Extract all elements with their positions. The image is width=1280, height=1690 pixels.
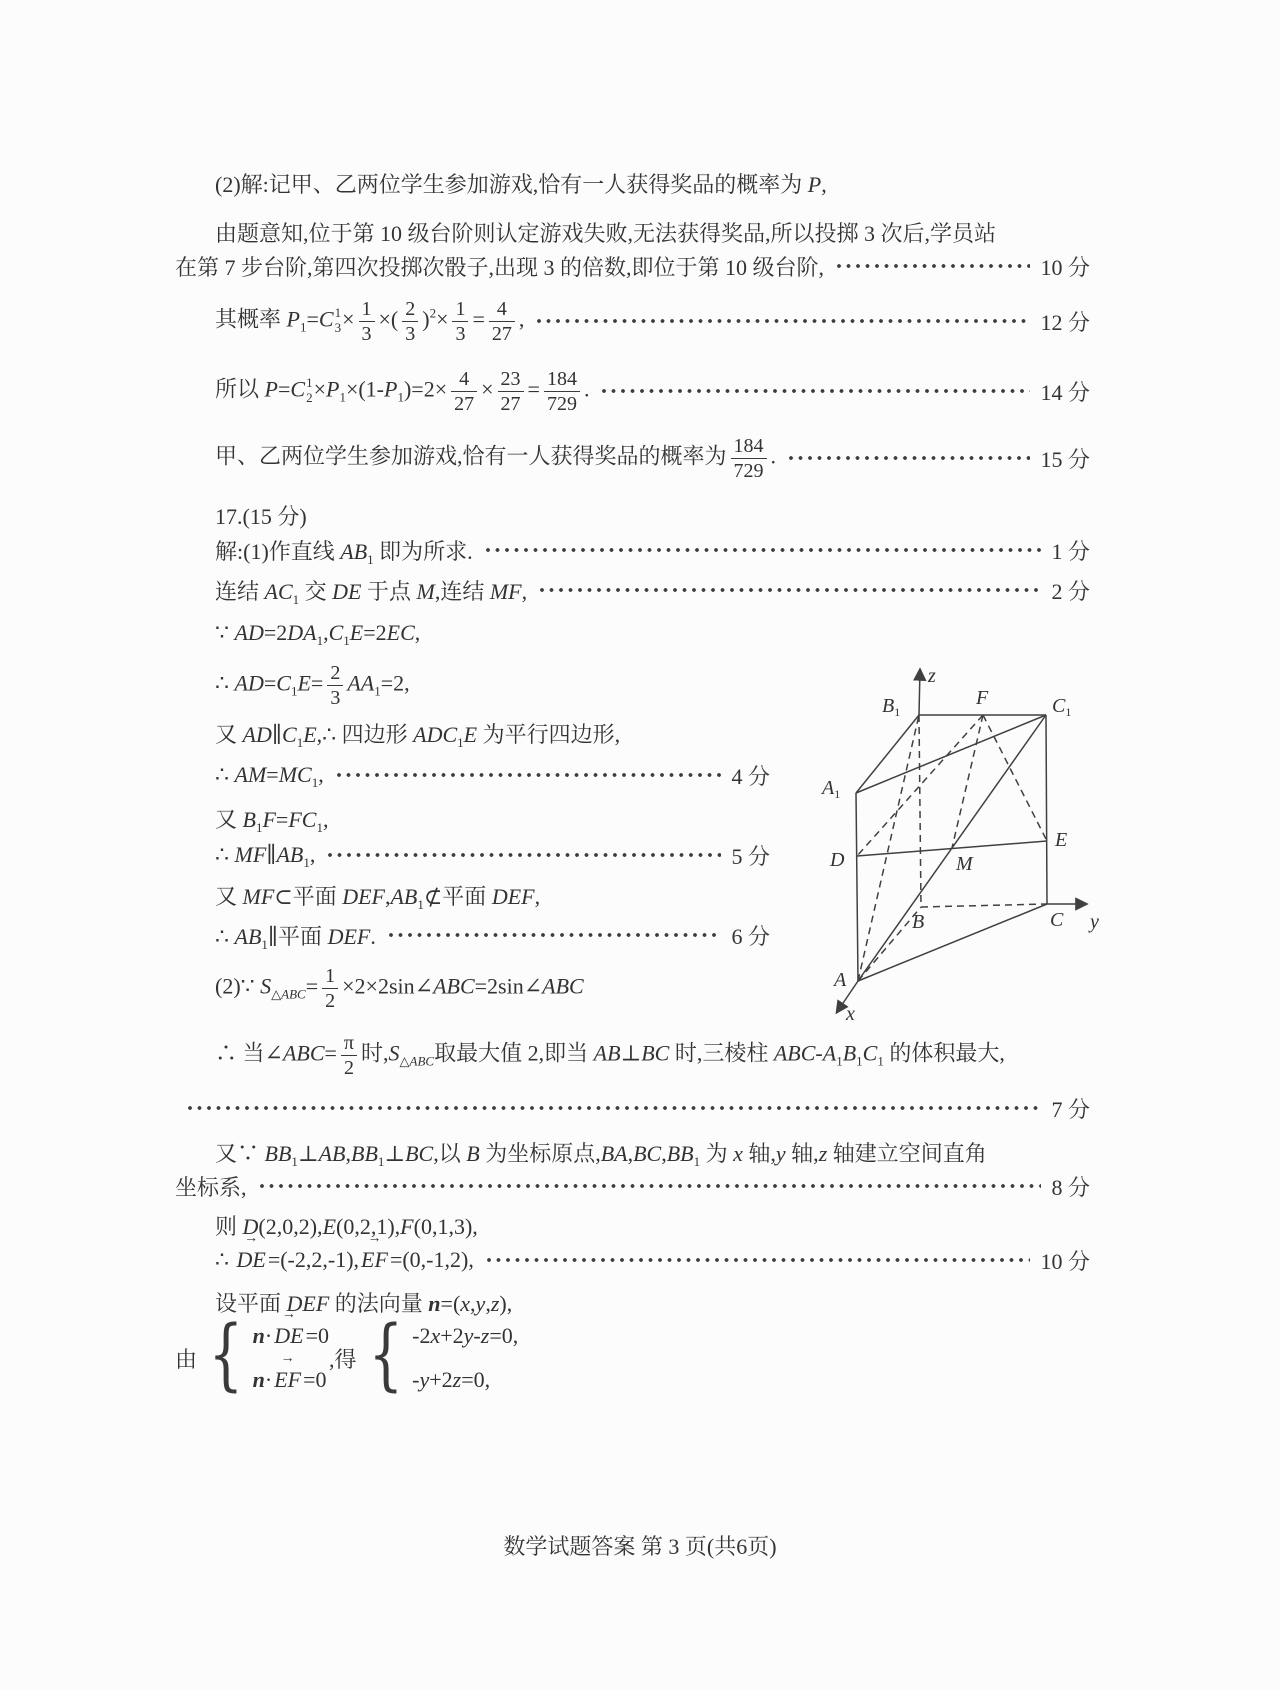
fraction: 13: [359, 297, 375, 346]
dotted-leader: [259, 1183, 1042, 1189]
score-label: 10 分: [1040, 1245, 1090, 1276]
line-text: ∴ AB1∥平面 DEF.: [215, 920, 376, 951]
axis-zTip: [919, 670, 920, 715]
solution-line-25: 设平面 DEF 的法向量 n=(x,y,z),: [215, 1284, 1090, 1320]
line-text: 解:(1)作直线 AB1 即为所求.: [215, 535, 473, 566]
line-text: 连结 AC1 交 DE 于点 M,连结 MF,: [215, 575, 527, 606]
equation-system: n·→DE=0n·→EF=0: [253, 1323, 329, 1393]
line-text: ∴ AD=C1E=23AA1=2,: [215, 661, 410, 710]
figure-label-x: x: [846, 1004, 855, 1024]
dotted-leader: [788, 455, 1030, 461]
footer-text: 数学试题答案 第 3 页(共6页): [503, 1534, 776, 1559]
line-text: 17.(15 分): [215, 500, 307, 531]
dotted-leader: [187, 1105, 1041, 1111]
bold-vector-symbol: n: [253, 1323, 265, 1348]
bold-vector-symbol: n: [253, 1367, 265, 1392]
figure-label-B1: B1: [882, 696, 900, 718]
figure-label-z: z: [928, 666, 936, 686]
fraction: 23: [402, 297, 418, 346]
solution-line-20: 7 分: [175, 1090, 1090, 1126]
score-label: 15 分: [1040, 443, 1090, 474]
fraction: 13: [452, 297, 468, 346]
line-text: 甲、乙两位学生参加游戏,恰有一人获得奖品的概率为184729.: [215, 434, 776, 483]
solution-line-7: 17.(15 分): [215, 497, 1090, 533]
fraction: 23: [327, 661, 343, 710]
score-label: 5 分: [731, 840, 770, 871]
score-label: 10 分: [1040, 251, 1090, 282]
page-footer: 数学试题答案 第 3 页(共6页): [0, 1530, 1280, 1561]
solution-line-9: 连结 AC1 交 DE 于点 M,连结 MF,2 分: [215, 572, 1090, 608]
line-text: ∴ 当∠ABC=π2时,S△ABC取最大值 2,即当 AB⊥BC 时,三棱柱 A…: [215, 1031, 1005, 1080]
solution-line-22: 坐标系,8 分: [175, 1168, 1090, 1204]
score-label: 7 分: [1051, 1093, 1090, 1124]
solution-line-3: 在第 7 步台阶,第四次投掷次骰子,出现 3 的倍数,即位于第 10 级台阶,1…: [175, 248, 1090, 284]
edge-C1-C: [1046, 715, 1047, 904]
line-text: ∴ AM=MC1,: [215, 762, 324, 789]
line-text: 所以 P=C12×P1×(1-P1)=2×427×2327=184729.: [215, 367, 589, 416]
score-label: 1 分: [1051, 535, 1090, 566]
edge-A-C: [858, 904, 1047, 981]
figure-label-A1: A1: [822, 778, 840, 800]
dotted-leader: [539, 587, 1041, 593]
figure-label-y: y: [1090, 912, 1099, 932]
edge-A1-A: [856, 793, 858, 981]
figure-label-B: B: [912, 912, 924, 932]
solution-line-4: 其概率 P1=C13×13×(23)2×13=427,12 分: [215, 288, 1090, 354]
dotted-leader: [336, 772, 722, 778]
solution-line-2: 由题意知,位于第 10 级台阶则认定游戏失败,无法获得奖品,所以投掷 3 次后,…: [215, 214, 1090, 250]
fraction: 12: [322, 964, 338, 1013]
solution-line-5: 所以 P=C12×P1×(1-P1)=2×427×2327=184729.14 …: [215, 358, 1090, 424]
dotted-leader: [485, 547, 1042, 553]
figure-label-E: E: [1055, 830, 1067, 850]
solution-line-15: ∴ MF∥AB1,5 分: [215, 837, 770, 873]
sub-sup-stack: 12: [306, 376, 313, 406]
vector-with-arrow: →DE: [274, 1323, 303, 1349]
equation-system: -2x+2y-z=0,-y+2z=0,: [412, 1323, 518, 1393]
solution-line-1: (2)解:记甲、乙两位学生参加游戏,恰有一人获得奖品的概率为 P,: [215, 165, 1090, 201]
equation-row: -y+2z=0,: [412, 1367, 518, 1393]
figure-label-C1: C1: [1052, 696, 1071, 718]
score-label: 4 分: [731, 760, 770, 791]
dotted-leader: [836, 263, 1030, 269]
line-text: ∵ AD=2DA1,C1E=2EC,: [215, 620, 420, 647]
line-text: 其概率 P1=C13×13×(23)2×13=427,: [215, 297, 524, 346]
line-text: (2)∵ S△ABC=12×2×2sin∠ABC=2sin∠ABC: [215, 964, 584, 1013]
line-text: ∴ →DE=(-2,2,-1),→EF=(0,-1,2),: [215, 1247, 474, 1273]
solution-line-26: 由{n·→DE=0n·→EF=0,得{-2x+2y-z=0,-y+2z=0,: [175, 1318, 518, 1398]
vector-with-arrow: →EF: [274, 1367, 301, 1393]
figure-label-A: A: [834, 970, 846, 990]
line-text: 又 B1F=FC1,: [215, 803, 328, 834]
dotted-leader: [327, 852, 721, 858]
dotted-leader: [601, 388, 1030, 394]
score-label: 6 分: [731, 920, 770, 951]
fraction: π2: [341, 1031, 357, 1080]
line-text: 又∵ BB1⊥AB,BB1⊥BC,以 B 为坐标原点,BA,BC,BB1 为 x…: [215, 1137, 987, 1168]
figure-label-M: M: [956, 854, 973, 874]
score-label: 2 分: [1051, 575, 1090, 606]
line-text: 又 MF⊂平面 DEF,AB1⊄平面 DEF,: [215, 880, 540, 911]
dotted-leader: [536, 318, 1030, 324]
solution-line-19: ∴ 当∠ABC=π2时,S△ABC取最大值 2,即当 AB⊥BC 时,三棱柱 A…: [215, 1022, 1090, 1088]
hidden-edge-A-B1: [858, 715, 919, 981]
vector-with-arrow: →DE: [237, 1247, 266, 1273]
score-label: 8 分: [1051, 1171, 1090, 1202]
vector-with-arrow: →EF: [361, 1247, 388, 1273]
figure-label-D: D: [830, 850, 844, 870]
hidden-edge-B1-B: [919, 715, 921, 907]
line-text: 设平面 DEF 的法向量 n=(x,y,z),: [215, 1287, 512, 1318]
line-text: 由题意知,位于第 10 级台阶则认定游戏失败,无法获得奖品,所以投掷 3 次后,…: [215, 217, 996, 248]
fraction: 184729: [544, 367, 580, 416]
solution-line-6: 甲、乙两位学生参加游戏,恰有一人获得奖品的概率为184729.15 分: [215, 425, 1090, 491]
hidden-edge-F-M: [952, 715, 983, 848]
dotted-leader: [486, 1257, 1031, 1263]
line-text: 坐标系,: [175, 1171, 247, 1202]
equation-row: n·→DE=0: [253, 1323, 329, 1349]
score-label: 14 分: [1040, 376, 1090, 407]
fraction: 2327: [498, 367, 524, 416]
solution-line-24: ∴ →DE=(-2,2,-1),→EF=(0,-1,2),10 分: [215, 1242, 1090, 1278]
equation-row: -2x+2y-z=0,: [412, 1323, 518, 1349]
line-text: ∴ MF∥AB1,: [215, 842, 315, 869]
hidden-edge-F-E: [983, 715, 1047, 841]
line-text: 又 AD∥C1E,∴ 四边形 ADC1E 为平行四边形,: [215, 718, 620, 749]
fraction: 184729: [731, 434, 767, 483]
solution-line-13: ∴ AM=MC1,4 分: [215, 757, 770, 793]
fraction: 427: [489, 297, 515, 346]
dotted-leader: [388, 932, 722, 938]
prism-figure: zB1FC1A1DMEBCAxy: [770, 640, 1110, 1030]
fraction: 427: [451, 367, 477, 416]
bold-vector-symbol: n: [428, 1291, 440, 1316]
score-label: 12 分: [1040, 306, 1090, 337]
hidden-edge-B-C: [921, 904, 1047, 907]
solution-line-21: 又∵ BB1⊥AB,BB1⊥BC,以 B 为坐标原点,BA,BC,BB1 为 x…: [215, 1134, 1090, 1170]
equation-row: n·→EF=0: [253, 1367, 329, 1393]
line-text: 在第 7 步台阶,第四次投掷次骰子,出现 3 的倍数,即位于第 10 级台阶,: [175, 251, 824, 282]
figure-label-F: F: [976, 688, 988, 708]
figure-label-C: C: [1050, 910, 1063, 930]
sub-sup-stack: 13: [335, 306, 342, 336]
solution-line-8: 解:(1)作直线 AB1 即为所求.1 分: [215, 532, 1090, 568]
solution-line-23: 则 D(2,0,2),E(0,2,1),F(0,1,3),: [215, 1207, 1090, 1243]
solution-line-17: ∴ AB1∥平面 DEF.6 分: [215, 917, 770, 953]
line-text: (2)解:记甲、乙两位学生参加游戏,恰有一人获得奖品的概率为 P,: [215, 168, 827, 199]
answer-sheet-page: (2)解:记甲、乙两位学生参加游戏,恰有一人获得奖品的概率为 P,由题意知,位于…: [0, 0, 1280, 1690]
